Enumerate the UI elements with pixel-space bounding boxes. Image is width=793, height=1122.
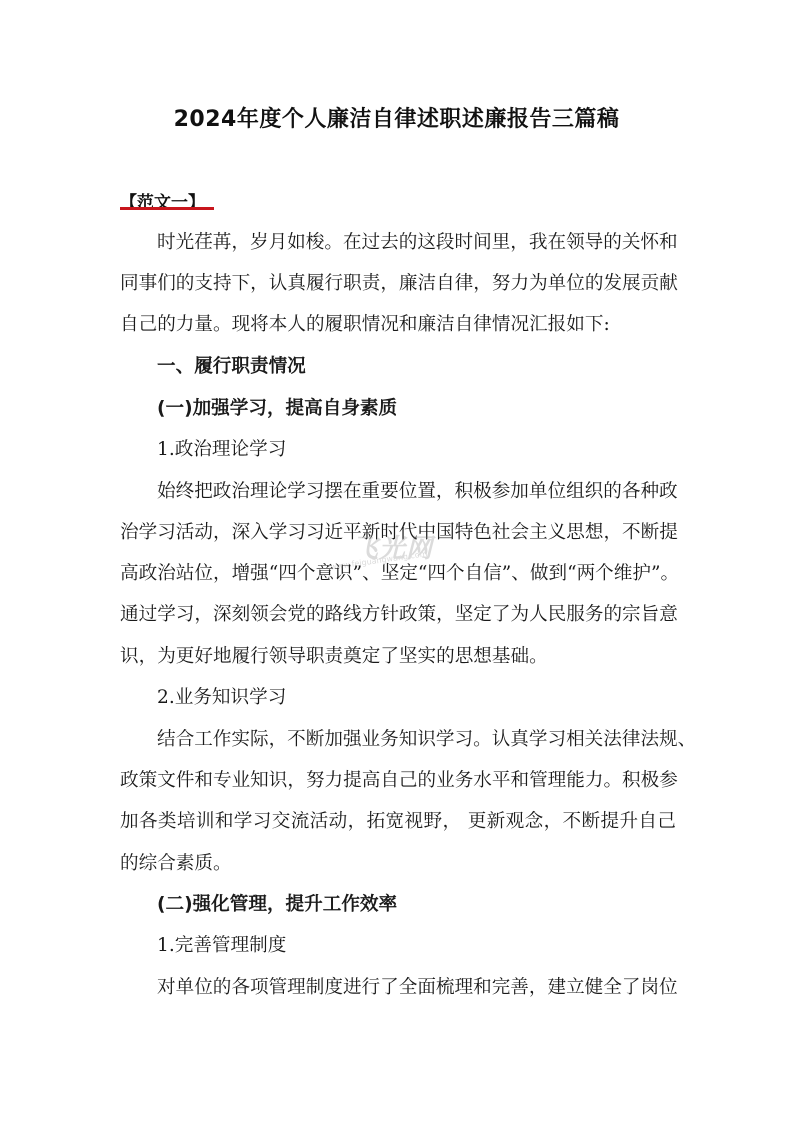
document-page: 2024年度个人廉洁自律述职述廉报告三篇稿 【范文一】 时光荏苒，岁月如梭。在过… <box>0 0 793 1122</box>
item-heading: 1.政治理论学习 <box>157 438 676 462</box>
item-heading: 2.业务知识学习 <box>157 686 676 710</box>
paragraph-line: 始终把政治理论学习摆在重要位置，积极参加单位组织的各种政 <box>157 480 676 504</box>
subsection-heading: (二)强化管理，提升工作效率 <box>157 893 676 917</box>
paragraph-line: 政策文件和专业知识，努力提高自己的业务水平和管理能力。积极参 <box>120 769 676 793</box>
paragraph-line: 识，为更好地履行领导职责奠定了坚实的思想基础。 <box>120 645 676 669</box>
paragraph-line: 的综合素质。 <box>120 852 676 876</box>
subsection-heading: (一)加强学习，提高自身素质 <box>157 397 676 421</box>
paragraph-line: 通过学习，深刻领会党的路线方针政策，坚定了为人民服务的宗旨意 <box>120 603 676 627</box>
document-title: 2024年度个人廉洁自律述职述廉报告三篇稿 <box>0 102 793 133</box>
paragraph-line: 加各类培训和学习交流活动，拓宽视野， 更新观念，不断提升自己 <box>120 810 676 834</box>
paragraph-line: 高政治站位，增强“四个意识”、坚定“四个自信”、做到“两个维护”。 <box>120 562 676 586</box>
paragraph-line: 治学习活动，深入学习习近平新时代中国特色社会主义思想，不断提 <box>120 521 676 545</box>
paragraph-line: 时光荏苒，岁月如梭。在过去的这段时间里，我在领导的关怀和 <box>157 231 676 255</box>
paragraph-line: 对单位的各项管理制度进行了全面梳理和完善，建立健全了岗位 <box>157 976 676 1000</box>
item-heading: 1.完善管理制度 <box>157 934 676 958</box>
section-heading: 一、履行职责情况 <box>157 355 676 379</box>
section-label-underline <box>120 207 214 210</box>
paragraph-line: 同事们的支持下，认真履行职责，廉洁自律，努力为单位的发展贡献 <box>120 272 676 296</box>
paragraph-line: 结合工作实际，不断加强业务知识学习。认真学习相关法律法规、 <box>157 728 676 752</box>
paragraph-line: 自己的力量。现将本人的履职情况和廉洁自律情况汇报如下: <box>120 313 676 337</box>
